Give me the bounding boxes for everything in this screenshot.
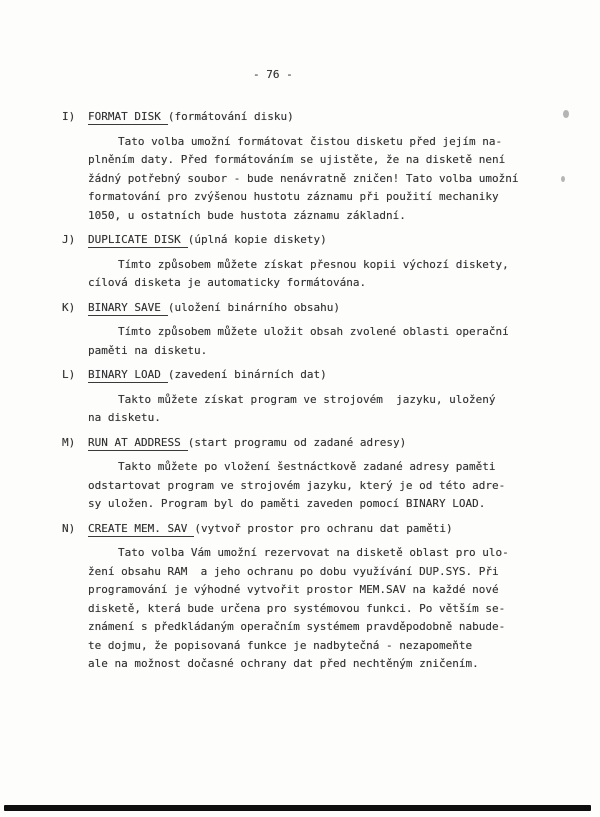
section-run-at-address: M)RUN AT ADDRESS(start programu od zadan… bbox=[62, 434, 560, 514]
section-create-mem-sav: N)CREATE MEM. SAV(vytvoř prostor pro och… bbox=[62, 520, 560, 674]
section-paragraph: Takto můžete získat program ve strojovém… bbox=[62, 391, 560, 428]
paragraph-line: Tato volba Vám umožní rezervovat na disk… bbox=[62, 544, 560, 563]
section-heading: J)DUPLICATE DISK(úplná kopie diskety) bbox=[62, 231, 560, 250]
section-binary-save: K)BINARY SAVE(uložení binárního obsahu) … bbox=[62, 299, 560, 361]
section-heading: I)FORMAT DISK(formátování disku) bbox=[62, 108, 560, 127]
paragraph-line: cílová disketa je automaticky formátován… bbox=[62, 274, 560, 293]
section-note: (zavedení binárních dat) bbox=[168, 368, 327, 381]
section-title: RUN AT ADDRESS bbox=[88, 436, 188, 451]
section-letter: K) bbox=[62, 299, 88, 318]
paragraph-line: Tímto způsobem můžete uložit obsah zvole… bbox=[62, 323, 560, 342]
paragraph-line: sy uložen. Program byl do paměti zaveden… bbox=[62, 495, 560, 514]
section-paragraph: Takto můžete po vložení šestnáctkově zad… bbox=[62, 458, 560, 514]
paragraph-line: známení s předkládaným operačním systéme… bbox=[62, 618, 560, 637]
section-binary-load: L)BINARY LOAD(zavedení binárních dat) Ta… bbox=[62, 366, 560, 428]
section-letter: N) bbox=[62, 520, 88, 539]
section-note: (formátování disku) bbox=[168, 110, 294, 123]
section-letter: I) bbox=[62, 108, 88, 127]
document-page: - 76 - I)FORMAT DISK(formátování disku) … bbox=[0, 0, 600, 817]
paragraph-line: 1050, u ostatních bude hustota záznamu z… bbox=[62, 207, 560, 226]
paragraph-line: ale na možnost dočasné ochrany dat před … bbox=[62, 655, 560, 674]
section-title: DUPLICATE DISK bbox=[88, 233, 188, 248]
section-letter: L) bbox=[62, 366, 88, 385]
section-paragraph: Tato volba Vám umožní rezervovat na disk… bbox=[62, 544, 560, 674]
paragraph-line: paměti na disketu. bbox=[62, 342, 560, 361]
paragraph-line: plněním daty. Před formátováním se ujist… bbox=[62, 151, 560, 170]
section-note: (uložení binárního obsahu) bbox=[168, 301, 340, 314]
paragraph-line: te dojmu, že popisovaná funkce je nadbyt… bbox=[62, 637, 560, 656]
section-title: CREATE MEM. SAV bbox=[88, 522, 194, 537]
paragraph-line: na disketu. bbox=[62, 409, 560, 428]
section-heading: L)BINARY LOAD(zavedení binárních dat) bbox=[62, 366, 560, 385]
paragraph-line: formatování pro zvýšenou hustotu záznamu… bbox=[62, 188, 560, 207]
section-format-disk: I)FORMAT DISK(formátování disku) Tato vo… bbox=[62, 108, 560, 225]
section-heading: N)CREATE MEM. SAV(vytvoř prostor pro och… bbox=[62, 520, 560, 539]
section-heading: K)BINARY SAVE(uložení binárního obsahu) bbox=[62, 299, 560, 318]
scan-speck bbox=[563, 110, 569, 118]
section-note: (vytvoř prostor pro ochranu dat paměti) bbox=[194, 522, 452, 535]
page-number: - 76 - bbox=[253, 66, 560, 85]
paragraph-line: Tímto způsobem můžete získat přesnou kop… bbox=[62, 256, 560, 275]
section-note: (start programu od zadané adresy) bbox=[188, 436, 407, 449]
section-title: BINARY LOAD bbox=[88, 368, 168, 383]
paragraph-line: programování je výhodné vytvořit prostor… bbox=[62, 581, 560, 600]
section-paragraph: Tímto způsobem můžete získat přesnou kop… bbox=[62, 256, 560, 293]
paragraph-line: Takto můžete po vložení šestnáctkově zad… bbox=[62, 458, 560, 477]
scan-speck bbox=[561, 176, 565, 182]
section-title: FORMAT DISK bbox=[88, 110, 168, 125]
paragraph-line: Takto můžete získat program ve strojovém… bbox=[62, 391, 560, 410]
section-duplicate-disk: J)DUPLICATE DISK(úplná kopie diskety) Tí… bbox=[62, 231, 560, 293]
section-note: (úplná kopie diskety) bbox=[188, 233, 327, 246]
section-paragraph: Tímto způsobem můžete uložit obsah zvole… bbox=[62, 323, 560, 360]
section-paragraph: Tato volba umožní formátovat čistou disk… bbox=[62, 133, 560, 226]
section-letter: J) bbox=[62, 231, 88, 250]
paragraph-line: disketě, která bude určena pro systémovo… bbox=[62, 600, 560, 619]
scan-edge-bar bbox=[4, 805, 591, 811]
paragraph-line: odstartovat program ve strojovém jazyku,… bbox=[62, 477, 560, 496]
section-title: BINARY SAVE bbox=[88, 301, 168, 316]
section-heading: M)RUN AT ADDRESS(start programu od zadan… bbox=[62, 434, 560, 453]
paragraph-line: Tato volba umožní formátovat čistou disk… bbox=[62, 133, 560, 152]
section-letter: M) bbox=[62, 434, 88, 453]
paragraph-line: žení obsahu RAM a jeho ochranu po dobu v… bbox=[62, 563, 560, 582]
paragraph-line: žádný potřebný soubor - bude nenávratně … bbox=[62, 170, 560, 189]
